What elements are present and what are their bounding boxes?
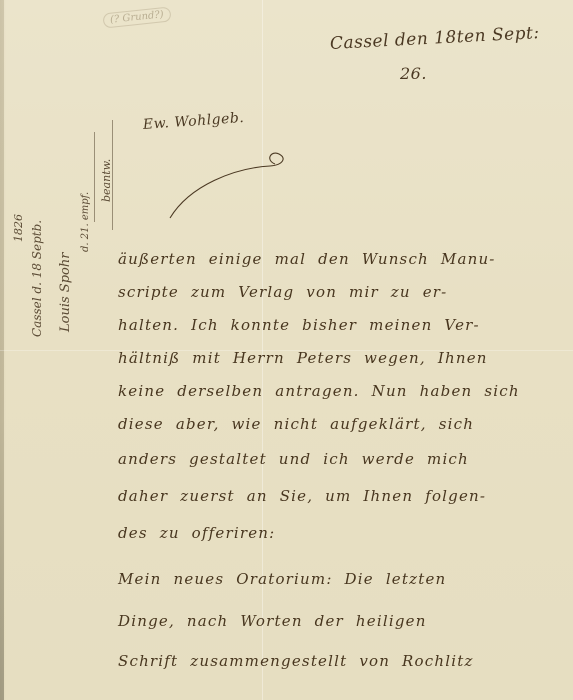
body-line: daher zuerst an Sie, um Ihnen folgen- [118,487,486,505]
body-line: äußerten einige mal den Wunsch Manu- [118,250,496,268]
body-line: anders gestaltet und ich werde mich [118,450,469,468]
pencil-annotation: (? Grund?) [102,6,171,28]
body-line: des zu offeriren: [118,524,275,542]
body-line: diese aber, wie nicht aufgeklärt, sich [118,415,474,433]
margin-note-year: 1826 [12,214,25,242]
body-line: Mein neues Oratorium: Die letzten [118,570,446,588]
archival-margin-notes: 1826 Cassel d. 18 Septb. Louis Spohr d. … [10,132,110,342]
date-year: 26. [400,64,427,83]
margin-rule [94,132,95,222]
margin-note-received: d. 21. empf. [80,192,91,252]
margin-note-place-date: Cassel d. 18 Septb. [30,220,44,337]
body-line: Dinge, nach Worten der heiligen [118,612,427,630]
body-line: scripte zum Verlag von mir zu er- [118,283,447,301]
salutation: Ew. Wohlgeb. [142,110,244,133]
margin-note-author: Louis Spohr [58,253,73,332]
body-line: hältniß mit Herrn Peters wegen, Ihnen [118,349,488,367]
margin-rule [112,120,113,230]
place-date: Cassel den 18ten Sept: [329,23,540,54]
body-line: Schrift zusammengestellt von Rochlitz [118,652,474,670]
body-line: halten. Ich konnte bisher meinen Ver- [118,316,480,334]
body-line: keine derselben antragen. Nun haben sich [118,382,520,400]
letter-page: (? Grund?) Cassel den 18ten Sept: 26. Ew… [0,0,573,700]
flourish-icon [165,150,295,220]
